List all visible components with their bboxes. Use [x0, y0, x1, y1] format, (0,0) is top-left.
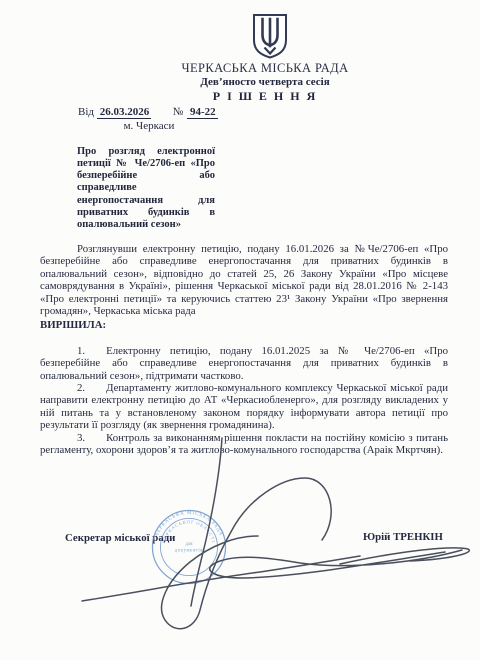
stamp-center-line1: для	[185, 542, 193, 547]
subject-block: Про розгляд електронної петиції № Че/270…	[77, 146, 215, 231]
item-number: 1.	[77, 345, 85, 357]
item-number: 2.	[77, 382, 85, 394]
item-text: Контроль за виконанням рішення покласти …	[40, 432, 448, 456]
session-title: Дев’яносто четверта сесія	[50, 76, 480, 88]
scanned-document-page: ЧЕРКАСЬКА МІСЬКА РАДА Дев’яносто четверт…	[0, 0, 480, 660]
ukraine-trident-emblem-icon	[252, 13, 288, 59]
preamble-paragraph: Розглянувши електронну петицію, подану 1…	[40, 243, 448, 317]
stamp-center-line2: документів	[175, 548, 203, 553]
document-body: Розглянувши електронну петицію, подану 1…	[40, 243, 448, 457]
doc-meta-line: Від 26.03.2026 № 94-22	[78, 106, 218, 118]
doc-date: 26.03.2026	[97, 106, 152, 119]
svg-text:ЧЕРКАСЬКОЇ ОБЛАСТІ: ЧЕРКАСЬКОЇ ОБЛАСТІ	[162, 519, 217, 543]
item-number: 3.	[77, 432, 85, 444]
stamp-inner-ring-text: ЧЕРКАСЬКОЇ ОБЛАСТІ	[162, 519, 217, 543]
doc-number: 94-22	[187, 106, 218, 119]
resolution-item-1: 1.Електронну петицію, подану 16.01.2025 …	[40, 345, 448, 382]
resolution-items: 1.Електронну петицію, подану 16.01.2025 …	[40, 345, 448, 457]
resolution-item-3: 3.Контроль за виконанням рішення покласт…	[40, 432, 448, 457]
official-round-stamp: ЧЕРКАСЬКА МІСЬКА РАДА ЧЕРКАСЬКОЇ ОБЛАСТІ…	[148, 506, 230, 588]
from-label: Від	[78, 106, 94, 118]
resolution-item-2: 2.Департаменту житлово-комунального комп…	[40, 382, 448, 432]
signer-name: Юрій ТРЕНКІН	[363, 531, 443, 543]
number-label: №	[173, 106, 185, 118]
city-line: м. Черкаси	[80, 120, 218, 132]
resolved-label: ВИРІШИЛА:	[40, 319, 448, 331]
document-type: Р І Ш Е Н Н Я	[50, 89, 480, 104]
council-name: ЧЕРКАСЬКА МІСЬКА РАДА	[50, 61, 480, 76]
item-text: Електронну петицію, подану 16.01.2025 за…	[40, 345, 448, 382]
item-text: Департаменту житлово-комунального компле…	[40, 382, 448, 431]
